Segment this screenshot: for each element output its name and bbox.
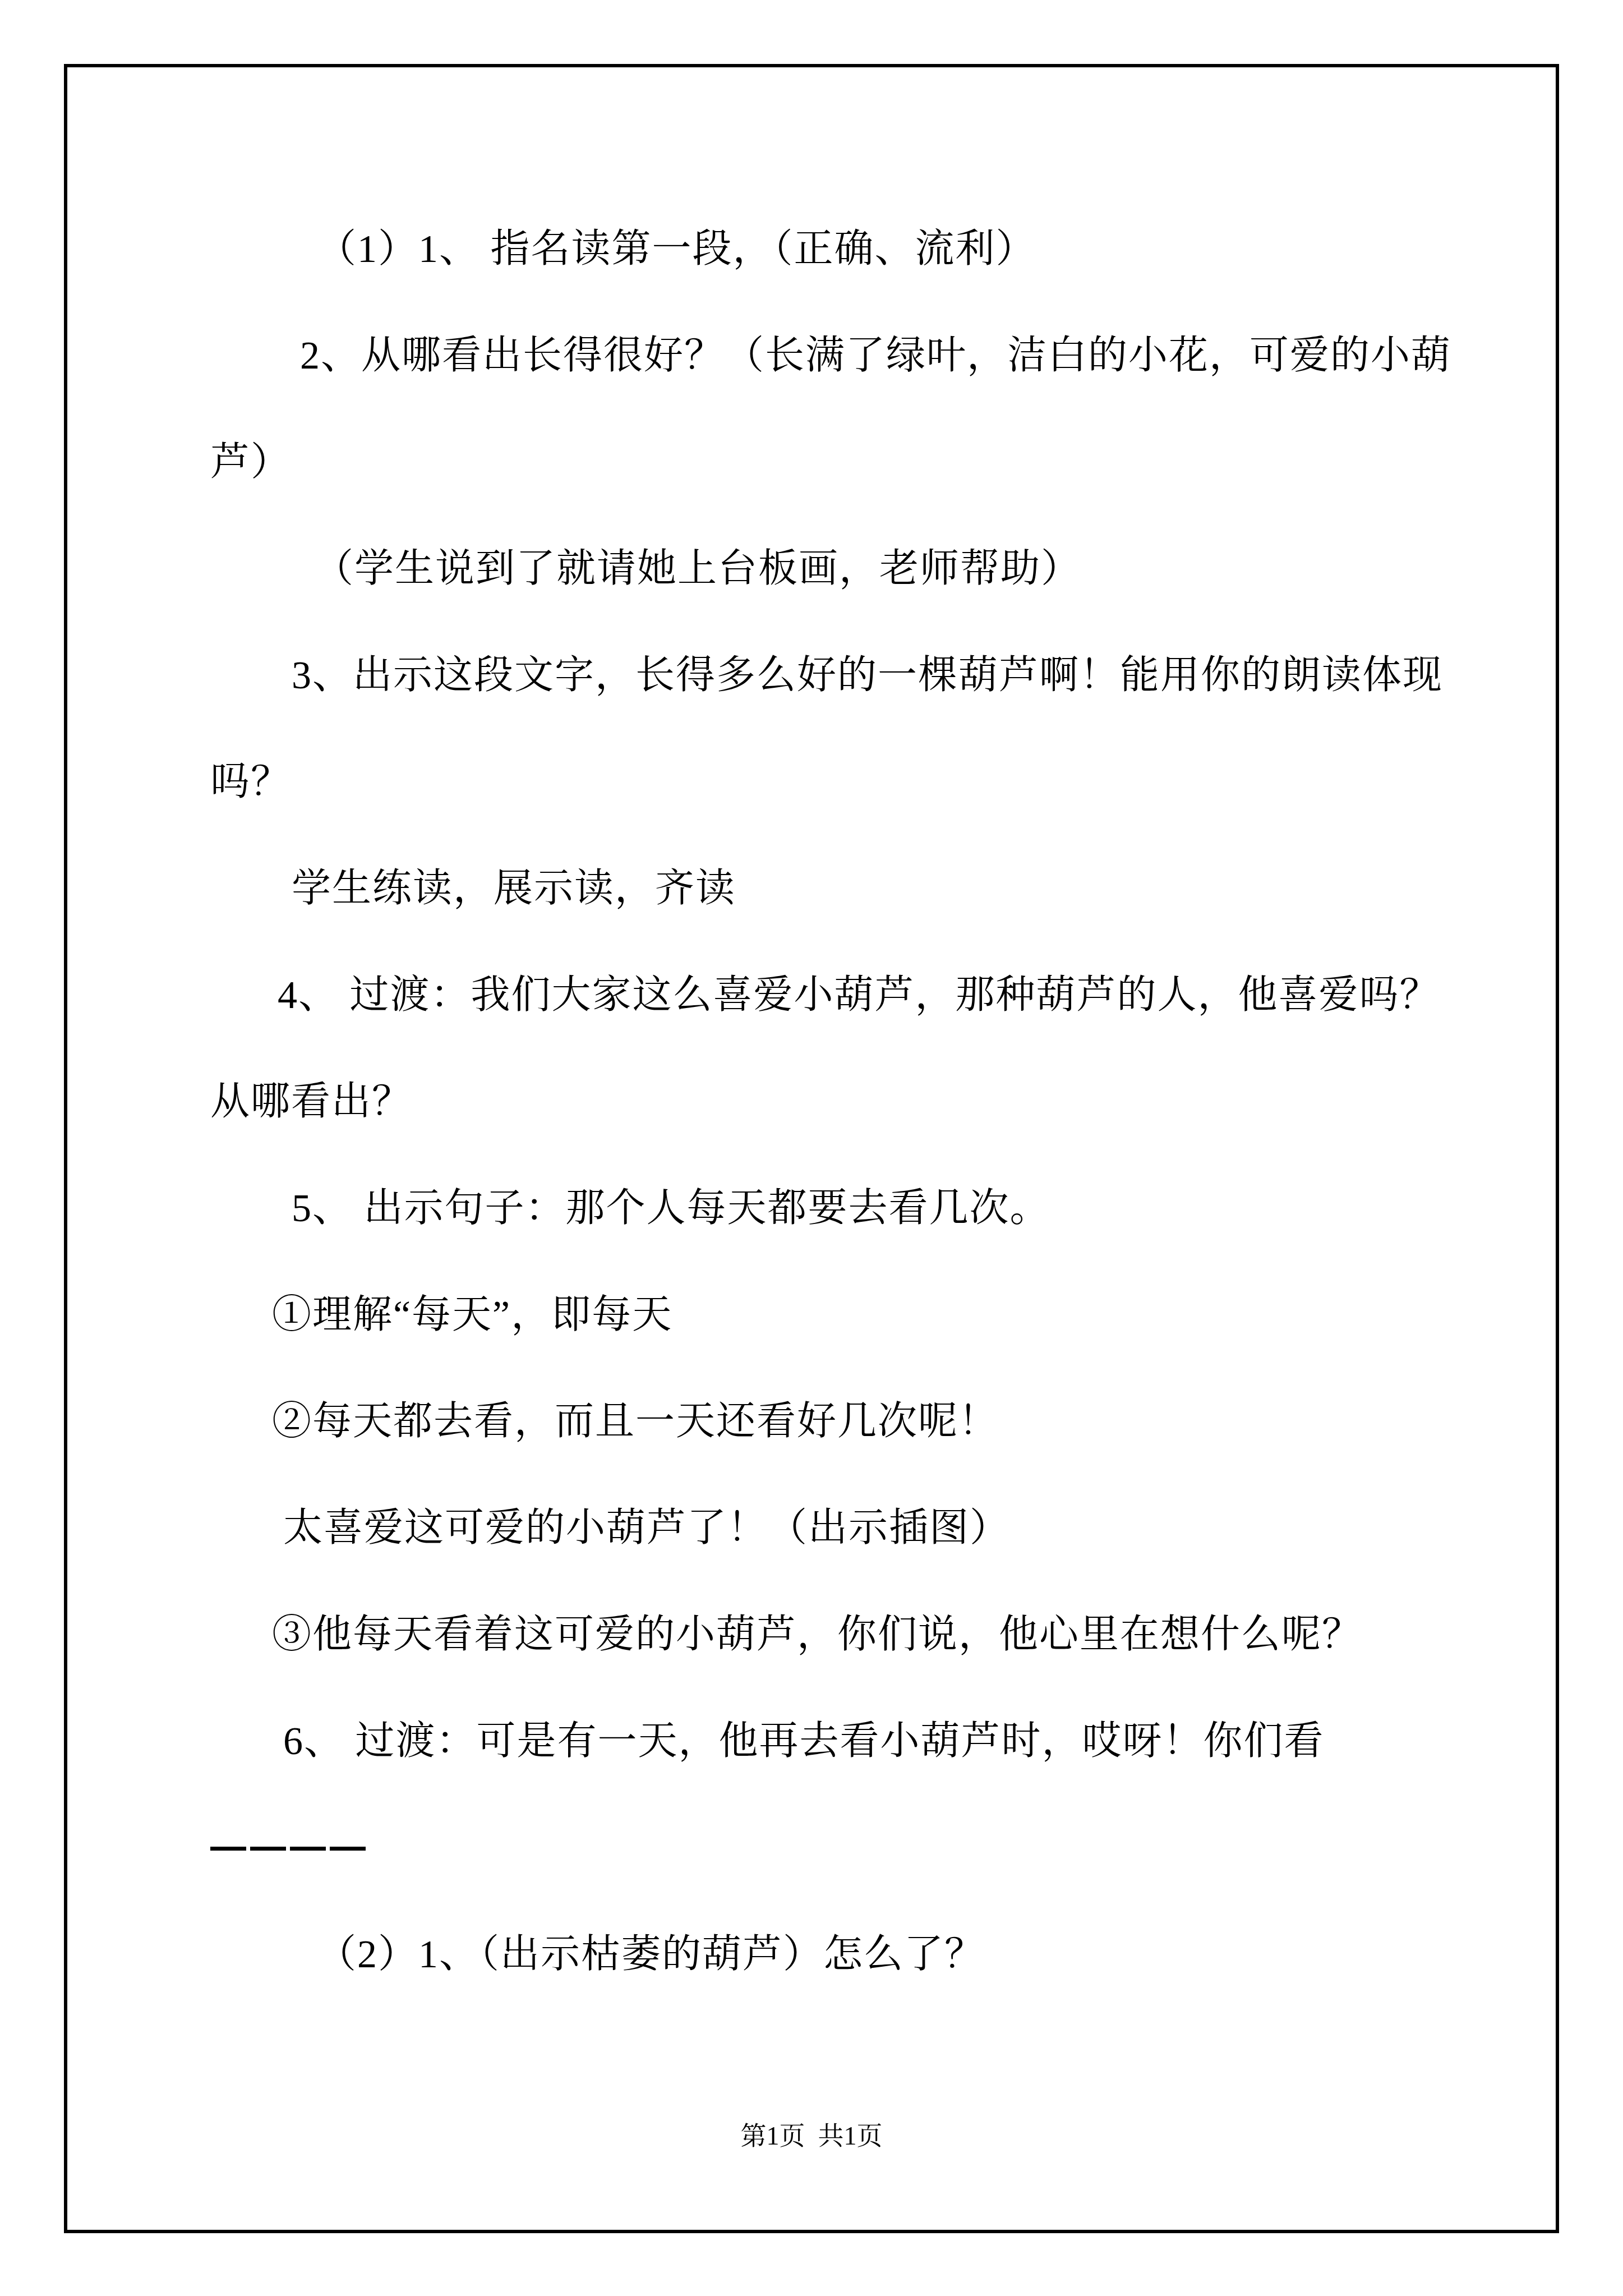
document-page: （1）1、 指名读第一段，（正确、流利）2、从哪看出长得很好？（长满了绿叶，洁白… [0,0,1623,2296]
text-line: 吗？ [210,729,1500,836]
text-line: ②每天都去看，而且一天还看好几次呢！ [210,1369,1500,1475]
text-line: （学生说到了就请她上台板画，老师帮助） [210,516,1500,623]
dash-segment [250,1847,286,1851]
text-line: 6、 过渡：可是有一天，他再去看小葫芦时，哎呀！你们看 [210,1688,1500,1795]
text-line: ①理解“每天”，即每天 [210,1262,1500,1369]
page-footer: 第1页 共1页 [0,2122,1623,2151]
text-line: 芦） [210,409,1500,516]
text-line: ③他每天看着这可爱的小葫芦，你们说，他心里在想什么呢？ [210,1582,1500,1688]
dash-segment [330,1847,366,1851]
text-line: （1）1、 指名读第一段，（正确、流利） [210,196,1500,303]
document-body: （1）1、 指名读第一段，（正确、流利）2、从哪看出长得很好？（长满了绿叶，洁白… [210,196,1500,2008]
text-line: 2、从哪看出长得很好？（长满了绿叶，洁白的小花，可爱的小葫 [210,303,1500,409]
text-line: （2）1、（出示枯萎的葫芦）怎么了？ [210,1902,1500,2008]
text-line: 5、 出示句子：那个人每天都要去看几次。 [210,1156,1500,1262]
dash-segment [210,1847,246,1851]
text-line: 学生练读，展示读，齐读 [210,836,1500,942]
dash-segment [290,1847,326,1851]
text-line: 3、出示这段文字，长得多么好的一棵葫芦啊！能用你的朗读体现 [210,623,1500,729]
text-line: 从哪看出？ [210,1049,1500,1156]
text-line: 4、 过渡：我们大家这么喜爱小葫芦，那种葫芦的人，他喜爱吗？ [210,942,1500,1049]
text-line: 太喜爱这可爱的小葫芦了！（出示插图） [210,1475,1500,1582]
dash-line [210,1795,1500,1902]
